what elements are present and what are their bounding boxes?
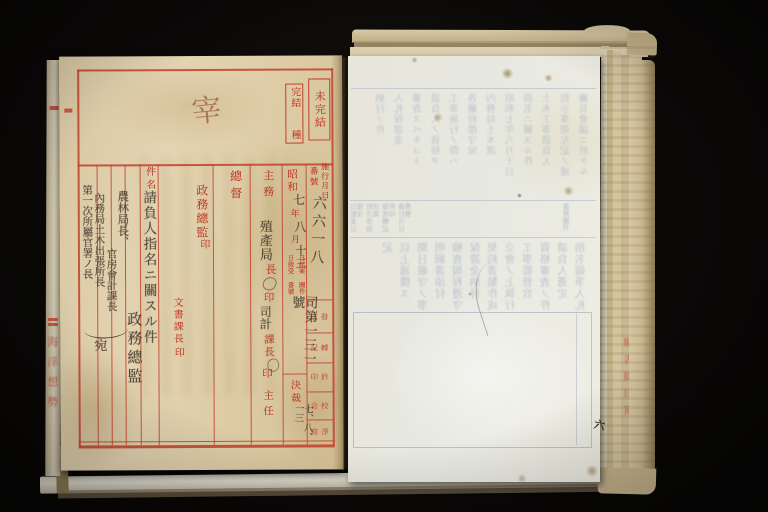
ink-speck	[468, 292, 472, 296]
label-duty-office: 主務	[263, 170, 274, 202]
label-section-chief: 課長	[263, 334, 274, 359]
bleedthrough-text-block-mid: 施行月日番號發送轉記鈐印校合淨寫決裁日起案日接受	[350, 203, 412, 236]
label-seal: 印	[172, 347, 182, 357]
handwritten-approval-date: 七、八、一三	[292, 403, 313, 444]
label-number: 番號	[309, 166, 318, 187]
bleed-text-column: 工事施行ノ際ハ	[451, 93, 461, 195]
underlying-page-red-text: 海洋想勢	[46, 336, 57, 416]
foxing-stain	[544, 74, 553, 82]
form-border-left	[77, 70, 81, 448]
label-date-received: 日接受	[287, 255, 294, 275]
cell-divider	[307, 391, 334, 392]
status-label-finished: 完結	[287, 87, 302, 109]
handwritten-month: 八	[294, 221, 306, 233]
bleed-text-column: 指名ニ關スル件	[525, 93, 535, 195]
right-fore-edge-strip	[641, 60, 655, 480]
bleed-text-column: 指示事項左記ノ通	[562, 93, 572, 195]
bleed-text-column: 請負人ノ資格ヲ	[433, 93, 443, 195]
handwritten-sender: 政務總監	[126, 311, 141, 399]
label-chief: 長	[265, 264, 276, 275]
label-seal: 印	[198, 239, 208, 249]
page-corner-fold	[584, 24, 631, 38]
bleed-text-column: 納付ノ件	[377, 93, 387, 195]
label-clerk-in-charge: 主任	[263, 390, 274, 421]
bleedthrough-text-block-top: 廳長會議ニ於ケル指示事項左記ノ通土木工事請負人指名ニ關スル件昭和七年八月十日內務…	[354, 93, 590, 195]
page-corner-edge	[627, 32, 658, 55]
status-box-unfinished: 未完結	[308, 78, 330, 140]
bleedthrough-box-divider	[576, 313, 577, 445]
handwritten-addressee-3: 第一次所屬官署ノ長	[82, 184, 93, 326]
archive-book-photo: 願書綴込簿 海洋想勢	[0, 0, 768, 512]
bleed-text-column: 各廳府郡守宛	[470, 93, 480, 195]
bleed-text-column: 土木工事請負人	[544, 93, 554, 195]
right-translucent-page: 廳長會議ニ於ケル指示事項左記ノ通土木工事請負人指名ニ關スル件昭和七年八月十日內務…	[348, 56, 600, 482]
status-box-finished: 完結 種	[285, 84, 303, 144]
foxing-stain	[517, 474, 527, 483]
handwritten-year: 七	[293, 194, 305, 206]
bleed-text-column: 校合淨寫決裁	[367, 203, 380, 236]
handwritten-document-number: 六六一八	[308, 195, 327, 296]
bleed-text-column: 入札保證金	[396, 93, 406, 195]
bleed-text-column: 內務局土木課	[488, 93, 498, 195]
label-era-showa: 昭和	[287, 169, 298, 194]
label-month: 月	[289, 235, 298, 244]
form-border-right	[331, 68, 335, 446]
handwritten-addressee-1: 農林局長、	[117, 190, 129, 252]
label-governor-general: 總督	[230, 170, 242, 204]
cell-divider	[282, 374, 306, 375]
label-attachments-number: 番號	[287, 282, 294, 295]
handwritten-addressee-2: 內務局土木出張所長	[94, 192, 105, 308]
foxing-stain	[433, 113, 443, 122]
label-director-political-affairs: 政務總監	[196, 184, 208, 240]
foxing-stain	[501, 68, 514, 79]
bleed-text-column: 廳長會議ニ於ケル	[581, 93, 591, 195]
bleed-text-column: 發送轉記鈐印	[383, 203, 396, 236]
faint-rule-line	[351, 88, 596, 89]
foxing-stain	[586, 464, 598, 478]
label-subject: 件名	[144, 166, 154, 192]
handwritten-to-mark: 宛	[92, 338, 105, 351]
handwritten-section-name: 司計	[259, 306, 271, 330]
handwritten-bureau-name: 殖產局	[258, 220, 271, 262]
foxing-stain	[411, 57, 418, 63]
bottom-right-page-edge	[598, 467, 657, 495]
foxing-stain	[563, 186, 574, 196]
bleed-text-column: 昭和七年八月十日	[507, 93, 517, 195]
red-tick-mark	[64, 109, 72, 113]
left-document-page: 未完結 完結 種 宰 施行月日 番號 六六一八 送發 記轉 印鈐 合校 寫淨 昭…	[59, 55, 344, 470]
foxing-stain	[517, 193, 522, 198]
status-label-kind: 種	[287, 130, 302, 141]
handwritten-addressee-1-continued: 官房會計課長	[106, 248, 117, 326]
red-tick-mark	[50, 106, 59, 110]
label-attachments: 圖件	[298, 282, 305, 295]
bleed-text-column: 施行月日番號	[399, 203, 412, 236]
faint-rule-line	[350, 237, 596, 238]
handwritten-file-number: 司第一三一號	[288, 295, 316, 374]
handwritten-top-mark: 宰	[189, 85, 223, 132]
bleed-text-column: 日起案日接受	[351, 203, 364, 236]
bleedthrough-empty-box	[353, 312, 592, 448]
faint-rule-line	[350, 200, 596, 201]
label-seal: 印	[261, 368, 272, 379]
label-documents-section-chief: 文書課長	[171, 297, 181, 345]
label-seal: 印	[263, 292, 274, 303]
label-approval: 決裁	[289, 380, 299, 406]
bleedthrough-text-column: 番號圖件	[562, 203, 569, 231]
form-border-top	[77, 68, 333, 71]
status-label-unfinished: 未完結	[311, 90, 327, 129]
bleed-text-column: 審査スベキコト	[414, 93, 424, 195]
label-year: 年	[289, 209, 298, 218]
form-border-bottom	[79, 444, 335, 448]
red-double-tick-mark	[48, 318, 58, 321]
label-date-drafted: 日起案	[298, 255, 305, 275]
